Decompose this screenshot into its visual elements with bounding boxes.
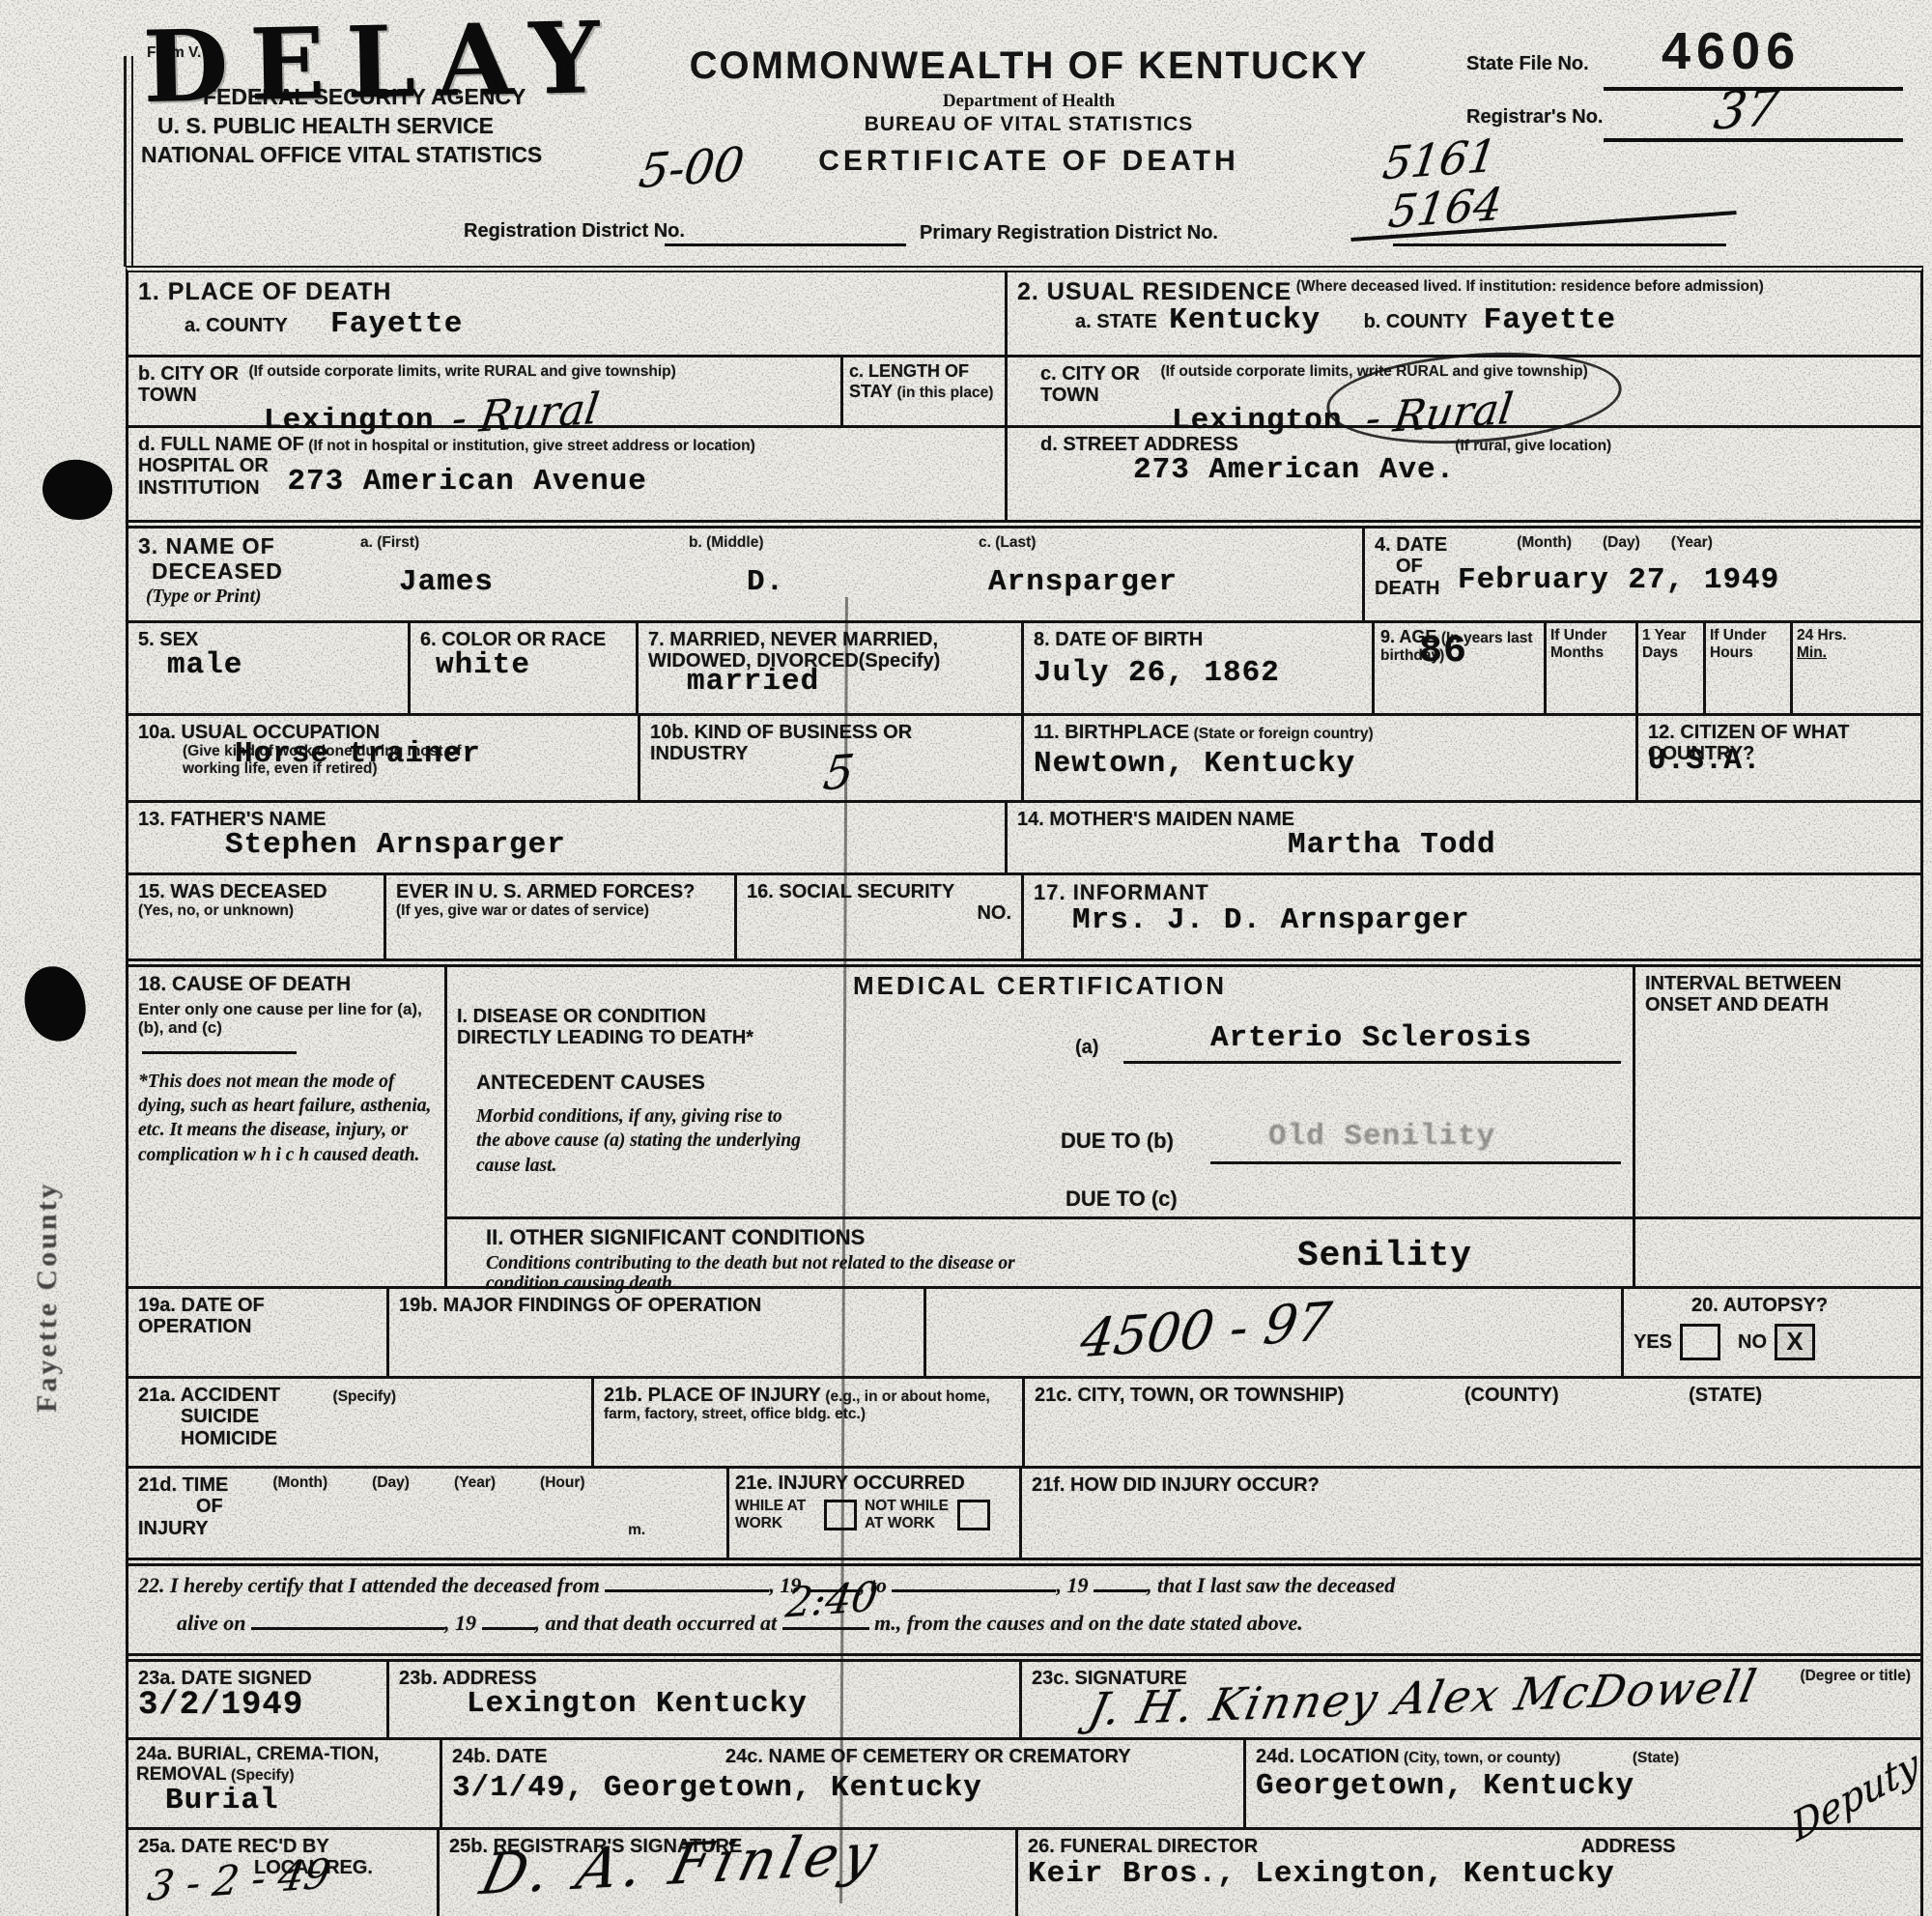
row-signature: 23a. DATE SIGNED 3/2/1949 23b. ADDRESS L… [128, 1659, 1920, 1740]
registrar-no-line [1604, 138, 1903, 142]
field-interval: INTERVAL BETWEEN ONSET AND DEATH [1635, 967, 1920, 1286]
row-sex-age: 5. SEX male 6. COLOR OR RACE white 7. MA… [128, 623, 1920, 716]
field-funeral-director: 26. FUNERAL DIRECTOR ADDRESS Keir Bros.,… [1018, 1830, 1920, 1916]
burial-note: (Specify) [231, 1767, 294, 1784]
min-label-2: Min. [1797, 644, 1917, 662]
autopsy-no-checkbox: X [1775, 1324, 1815, 1360]
date-of-death-label-2: OF [1396, 556, 1458, 577]
certify-blank-1 [605, 1585, 769, 1592]
time-injury-label-2: OF [196, 1496, 223, 1517]
field-informant: 17. INFORMANT Mrs. J. D. Arnsparger [1024, 875, 1920, 958]
middle-name-value: D. [747, 567, 979, 599]
date-year-label: (Year) [1671, 534, 1713, 556]
not-while-label-2: AT WORK [865, 1515, 953, 1532]
field-date-of-death: 4. DATE (Month) (Day) (Year) OF DEATH Fe… [1365, 529, 1920, 620]
state-file-number: 4606 [1662, 25, 1801, 77]
autopsy-no-label: NO [1738, 1331, 1767, 1353]
usual-residence-note: (Where deceased lived. If institution: r… [1296, 278, 1818, 296]
how-injury-label: 21f. HOW DID INJURY OCCUR? [1032, 1474, 1320, 1496]
date-of-death-label-1: 4. DATE [1375, 534, 1447, 556]
burial-date-cemetery-value: 3/1/49, Georgetown, Kentucky [452, 1773, 982, 1805]
father-label: 13. FATHER'S NAME [138, 809, 326, 830]
certify-line2b: , 19 [444, 1611, 476, 1635]
agency-line-3: NATIONAL OFFICE VITAL STATISTICS [141, 143, 542, 168]
ssn-label-2: NO. [977, 902, 1011, 924]
race-label: 6. COLOR OR RACE [420, 629, 606, 650]
autopsy-yes-checkbox [1680, 1324, 1720, 1360]
field-burial-type: 24a. BURIAL, CREMA-TION, REMOVAL (Specif… [128, 1740, 442, 1827]
while-at-work-label-1: WHILE AT [735, 1498, 820, 1515]
injury-day-label: (Day) [372, 1474, 410, 1496]
street-address-label: d. STREET ADDRESS [1040, 434, 1238, 455]
certify-line1d: , 19 [1056, 1573, 1088, 1597]
institution-label-2: HOSPITAL OR INSTITUTION [138, 455, 283, 499]
city-note: (If outside corporate limits, write RURA… [248, 363, 712, 381]
accident-label: 21a. ACCIDENT [138, 1385, 280, 1406]
field-if-under-hours: If Under Hours [1706, 623, 1793, 713]
row-parents: 13. FATHER'S NAME Stephen Arnsparger 14.… [128, 803, 1920, 875]
registration-district-value: 5-00 [637, 141, 747, 195]
ssn-label-1: 16. SOCIAL SECURITY [747, 881, 954, 902]
armed-forces-note: (If yes, give war or dates of service) [396, 902, 724, 920]
header-left-rule [124, 56, 133, 267]
place-of-death-label: 1. PLACE OF DEATH [138, 278, 391, 305]
armed-forces-label: EVER IN U. S. ARMED FORCES? [396, 881, 724, 902]
first-name-value: James [399, 567, 689, 599]
field-length-of-stay: c. LENGTH OF STAY (in this place) [843, 357, 1008, 425]
field-autopsy: 20. AUTOPSY? YES NO X [1624, 1289, 1920, 1376]
cemetery-label: 24c. NAME OF CEMETERY OR CREMATORY [725, 1746, 1131, 1767]
time-injury-label-1: 21d. TIME [138, 1474, 228, 1496]
registration-district-line [665, 243, 906, 246]
row-city: b. CITY OR TOWN (If outside corporate li… [128, 357, 1920, 428]
field-burial-location: 24d. LOCATION (City, town, or county) (S… [1246, 1740, 1920, 1827]
business-hand-value: 5 [821, 748, 857, 797]
mother-value: Martha Todd [1288, 828, 1496, 862]
scanned-death-certificate: { "header": { "form_no": "Form V. S.", "… [0, 0, 1932, 1916]
field-city-of-death: b. CITY OR TOWN (If outside corporate li… [128, 357, 843, 425]
residence-county-label: b. COUNTY [1364, 311, 1468, 332]
county-value: Fayette [330, 307, 463, 341]
name-note: (Type or Print) [146, 585, 360, 609]
residence-state-value: Kentucky [1169, 303, 1321, 337]
residence-city-label: c. CITY OR TOWN [1040, 363, 1156, 407]
mother-label: 14. MOTHER'S MAIDEN NAME [1017, 809, 1294, 830]
registrar-no-value: 37 [1711, 82, 1781, 137]
field-name-of-deceased: 3. NAME OF DECEASED (Type or Print) a. (… [128, 529, 1365, 620]
occupation-value: Horse trainer [235, 737, 481, 771]
antecedent-note: Morbid conditions, if any, giving rise t… [476, 1104, 810, 1178]
field-burial-date-cemetery: 24b. DATE 24c. NAME OF CEMETERY OR CREMA… [442, 1740, 1246, 1827]
field-findings-value: 4500 - 97 [926, 1289, 1624, 1376]
race-value: white [436, 648, 530, 682]
bureau-subtitle: BUREAU OF VITAL STATISTICS [676, 114, 1381, 134]
usual-residence-label: 2. USUAL RESIDENCE [1017, 278, 1292, 305]
marital-value: married [687, 665, 819, 699]
informant-value: Mrs. J. D. Arnsparger [1072, 903, 1470, 937]
field-occupation: 10a. USUAL OCCUPATION (Give kind of work… [128, 716, 640, 800]
field-address-signed: 23b. ADDRESS Lexington Kentucky [389, 1662, 1022, 1737]
death-certificate-form: 1. PLACE OF DEATH a. COUNTY Fayette 2. U… [126, 266, 1923, 1916]
row-accident: 21a. ACCIDENT (Specify) SUICIDE HOMICIDE… [128, 1379, 1920, 1469]
name-label-1: 3. NAME OF [138, 534, 360, 559]
other-conditions-value: Senility [1297, 1238, 1472, 1274]
field-age: 9. AGE (In years last birthday) 86 [1375, 623, 1547, 713]
date-of-death-value: February 27, 1949 [1458, 565, 1779, 599]
state-file-label: State File No. [1466, 53, 1589, 74]
address-signed-label: 23b. ADDRESS [399, 1668, 537, 1689]
row-forces-informant: 15. WAS DECEASED (Yes, no, or unknown) E… [128, 875, 1920, 961]
field-days: 1 Year Days [1638, 623, 1706, 713]
antecedent-label: ANTECEDENT CAUSES [476, 1072, 705, 1095]
sex-label: 5. SEX [138, 629, 198, 650]
cause-note-1: Enter only one cause per line for (a), (… [138, 1000, 435, 1038]
field-time-of-injury: 21d. TIME (Month) (Day) (Year) (Hour) OF… [128, 1469, 729, 1558]
side-county-stamp: Fayette County [33, 1182, 62, 1413]
citizen-value: U.S.A. [1648, 744, 1762, 778]
county-label: a. COUNTY [185, 315, 288, 336]
row-name-date: 3. NAME OF DECEASED (Type or Print) a. (… [128, 526, 1920, 623]
length-of-stay-note: (in this place) [896, 385, 993, 401]
death-time-handwriting: 2:40 [783, 1576, 880, 1623]
primary-district-label: Primary Registration District No. [920, 222, 1218, 243]
field-usual-residence: 2. USUAL RESIDENCE (Where deceased lived… [1008, 272, 1920, 355]
burial-date-label: 24b. DATE [452, 1746, 548, 1767]
birth-value: July 26, 1862 [1034, 658, 1280, 690]
field-certify-statement: 22. I hereby certify that I attended the… [128, 1566, 1920, 1653]
field-residence-city: c. CITY OR TOWN (If outside corporate li… [1008, 357, 1920, 425]
major-findings-label: 19b. MAJOR FINDINGS OF OPERATION [399, 1295, 761, 1316]
funeral-director-value: Keir Bros., Lexington, Kentucky [1028, 1859, 1615, 1891]
burial-location-state-label: (State) [1633, 1750, 1679, 1766]
field-sex: 5. SEX male [128, 623, 411, 713]
field-place-of-injury: 21b. PLACE OF INJURY (e.g., in or about … [594, 1379, 1025, 1466]
field-birthplace: 11. BIRTHPLACE (State or foreign country… [1024, 716, 1638, 800]
days-label-2: Days [1642, 644, 1699, 662]
certify-line2c: , and that death occurred at [535, 1611, 778, 1635]
handwritten-number-5164: 5164 [1386, 182, 1505, 235]
certificate-title: CERTIFICATE OF DEATH [676, 147, 1381, 176]
last-name-label: c. (Last) [979, 534, 1346, 552]
delay-stamp: DELAY [142, 9, 622, 117]
due-to-c-label: DUE TO (c) [1065, 1187, 1178, 1212]
other-conditions-label: II. OTHER SIGNIFICANT CONDITIONS [486, 1226, 865, 1250]
min-label-1: 24 Hrs. [1797, 627, 1917, 644]
date-signed-label: 23a. DATE SIGNED [138, 1668, 312, 1689]
autopsy-yes-label: YES [1634, 1331, 1672, 1353]
field-street-address: d. STREET ADDRESS (If rural, give locati… [1008, 428, 1920, 520]
while-at-work-label-2: WORK [735, 1515, 820, 1532]
date-signed-value: 3/2/1949 [138, 1687, 303, 1724]
field-place-of-death: 1. PLACE OF DEATH a. COUNTY Fayette [128, 272, 1008, 355]
certificate-header: Form V. S. DELAY FEDERAL SECURITY AGENCY… [0, 0, 1932, 266]
burial-location-note: (City, town, or county) [1404, 1750, 1560, 1766]
months-label-2: Months [1550, 644, 1632, 662]
medcert-title: MEDICAL CERTIFICATION [457, 973, 1623, 998]
certify-line2a: alive on [177, 1611, 246, 1635]
certify-line1a: 22. I hereby certify that I attended the… [138, 1573, 600, 1597]
field-date-of-operation: 19a. DATE OF OPERATION [128, 1289, 389, 1376]
institution-value: 273 American Avenue [287, 466, 646, 500]
informant-label: 17. INFORMANT [1034, 880, 1209, 904]
cause-divider-line [142, 1051, 297, 1054]
field-armed-forces: EVER IN U. S. ARMED FORCES? (If yes, giv… [386, 875, 737, 958]
field-ssn: 16. SOCIAL SECURITY NO. [737, 875, 1024, 958]
medcert-horizontal-divider [447, 1216, 1920, 1219]
hours-label-2: Hours [1710, 644, 1786, 662]
cause-a-label: (a) [1075, 1037, 1098, 1058]
row-medical-certification: 18. CAUSE OF DEATH Enter only one cause … [128, 964, 1920, 1289]
field-signature: 23c. SIGNATURE (Degree or title) J. H. K… [1022, 1662, 1920, 1737]
row-time-of-injury: 21d. TIME (Month) (Day) (Year) (Hour) OF… [128, 1469, 1920, 1560]
findings-hand-value: 4500 - 97 [1077, 1296, 1334, 1366]
field-father: 13. FATHER'S NAME Stephen Arnsparger [128, 803, 1008, 872]
burial-location-label: 24d. LOCATION [1256, 1746, 1400, 1767]
date-of-death-label-3: DEATH [1375, 578, 1458, 599]
injury-year-label: (Year) [454, 1474, 496, 1496]
address-signed-value: Lexington Kentucky [467, 1687, 808, 1721]
row-registrar-funeral: 25a. DATE REC'D BY LOCAL REG. 3 - 2 - 49… [128, 1830, 1920, 1916]
field-major-findings: 19b. MAJOR FINDINGS OF OPERATION [389, 1289, 926, 1376]
was-deceased-note: (Yes, no, or unknown) [138, 902, 374, 920]
field-injury-occurred: 21e. INJURY OCCURRED WHILE AT WORK NOT W… [729, 1469, 1022, 1558]
interval-label-1: INTERVAL BETWEEN [1645, 973, 1841, 994]
birth-label: 8. DATE OF BIRTH [1034, 629, 1203, 650]
burial-location-value: Georgetown, Kentucky [1256, 1771, 1634, 1803]
institution-label-1: d. FULL NAME OF [138, 434, 304, 455]
age-value: 86 [1419, 630, 1467, 673]
cause-a-value: Arterio Sclerosis [1210, 1023, 1532, 1055]
homicide-label: HOMICIDE [181, 1428, 277, 1449]
injury-m-label: m. [628, 1522, 645, 1538]
injury-state-label: (STATE) [1689, 1385, 1762, 1406]
autopsy-label: 20. AUTOPSY? [1691, 1295, 1828, 1316]
field-medical-certification: MEDICAL CERTIFICATION I. DISEASE OR COND… [447, 967, 1635, 1286]
certify-blank-3 [892, 1585, 1056, 1592]
cause-label: 18. CAUSE OF DEATH [138, 973, 351, 995]
field-citizen: 12. CITIZEN OF WHAT COUNTRY? U.S.A. [1638, 716, 1920, 800]
disease-label-1: I. DISEASE OR CONDITION [457, 1006, 706, 1027]
middle-name-label: b. (Middle) [689, 534, 979, 552]
degree-title-label: (Degree or title) [1800, 1668, 1911, 1685]
field-date-of-birth: 8. DATE OF BIRTH July 26, 1862 [1024, 623, 1375, 713]
field-cause-of-death: 18. CAUSE OF DEATH Enter only one cause … [128, 967, 447, 1286]
injury-hour-label: (Hour) [540, 1474, 585, 1496]
funeral-address-label: ADDRESS [1581, 1836, 1676, 1857]
cause-note-2: *This does not mean the mode of dying, s… [138, 1070, 435, 1167]
accident-note: (Specify) [333, 1388, 396, 1405]
field-business: 10b. KIND OF BUSINESS OR INDUSTRY 5 [640, 716, 1024, 800]
residence-state-label: a. STATE [1075, 311, 1157, 332]
birthplace-note: (State or foreign country) [1194, 726, 1374, 742]
field-institution: d. FULL NAME OF (If not in hospital or i… [128, 428, 1008, 520]
commonwealth-title: COMMONWEALTH OF KENTUCKY [676, 46, 1381, 85]
funeral-director-label: 26. FUNERAL DIRECTOR [1028, 1836, 1258, 1857]
registrar-no-label: Registrar's No. [1466, 106, 1603, 128]
row-place-residence: 1. PLACE OF DEATH a. COUNTY Fayette 2. U… [128, 272, 1920, 357]
due-to-b-value: Old Senility [1268, 1122, 1495, 1154]
field-how-injury-occurred: 21f. HOW DID INJURY OCCUR? [1022, 1469, 1920, 1558]
date-month-label: (Month) [1517, 534, 1572, 556]
ink-blob-top [37, 453, 117, 527]
field-marital-status: 7. MARRIED, NEVER MARRIED, WIDOWED, DIVO… [639, 623, 1024, 713]
injury-occurred-label: 21e. INJURY OCCURRED [735, 1473, 965, 1494]
certify-blank-5 [251, 1622, 444, 1630]
row-occupation-citizen: 10a. USUAL OCCUPATION (Give kind of work… [128, 716, 1920, 803]
certify-blank-6 [482, 1622, 535, 1630]
not-while-label-1: NOT WHILE [865, 1498, 953, 1515]
primary-district-line [1393, 243, 1726, 246]
city-label: b. CITY OR TOWN [138, 363, 244, 407]
certify-blank-4 [1094, 1585, 1147, 1592]
certify-line2d: m., from the causes and on the date stat… [874, 1611, 1303, 1635]
suicide-label: SUICIDE [181, 1406, 259, 1427]
ink-blob-bottom [20, 962, 90, 1045]
days-label-1: 1 Year [1642, 627, 1699, 644]
interval-label-2: ONSET AND DEATH [1645, 994, 1829, 1015]
due-to-b-line [1210, 1157, 1621, 1164]
residence-county-value: Fayette [1484, 303, 1616, 337]
birthplace-value: Newtown, Kentucky [1034, 749, 1355, 781]
row-institution-street: d. FULL NAME OF (If not in hospital or i… [128, 428, 1920, 523]
row-burial: 24a. BURIAL, CREMA-TION, REMOVAL (Specif… [128, 1740, 1920, 1830]
department-subtitle: Department of Health [676, 92, 1381, 110]
injury-city-label: 21c. CITY, TOWN, OR TOWNSHIP) [1035, 1385, 1344, 1406]
injury-county-label: (COUNTY) [1464, 1385, 1559, 1406]
date-received-value: 3 - 2 - 49 [145, 1853, 332, 1907]
registration-district-label: Registration District No. [464, 220, 685, 242]
field-was-deceased: 15. WAS DECEASED (Yes, no, or unknown) [128, 875, 386, 958]
field-race: 6. COLOR OR RACE white [411, 623, 639, 713]
due-to-b-label: DUE TO (b) [1061, 1130, 1174, 1154]
institution-note: (If not in hospital or institution, give… [308, 438, 754, 454]
field-injury-city: 21c. CITY, TOWN, OR TOWNSHIP) (COUNTY) (… [1025, 1379, 1920, 1466]
sex-value: male [167, 648, 242, 682]
time-injury-label-3: INJURY [138, 1518, 209, 1539]
handwritten-number-5161: 5161 [1380, 133, 1499, 186]
field-mother: 14. MOTHER'S MAIDEN NAME Martha Todd [1008, 803, 1920, 872]
injury-month-label: (Month) [272, 1474, 327, 1496]
field-if-under-months: If Under Months [1547, 623, 1638, 713]
birthplace-label: 11. BIRTHPLACE [1034, 722, 1189, 743]
certify-time-blank: 2:40 [782, 1622, 869, 1630]
first-name-label: a. (First) [360, 534, 689, 552]
cause-a-line [1123, 1056, 1621, 1064]
name-label-2: DECEASED [152, 559, 360, 585]
row-operation-autopsy: 19a. DATE OF OPERATION 19b. MAJOR FINDIN… [128, 1289, 1920, 1379]
was-deceased-label: 15. WAS DECEASED [138, 881, 374, 902]
street-address-note: (If rural, give location) [1455, 438, 1611, 454]
field-date-received: 25a. DATE REC'D BY LOCAL REG. 3 - 2 - 49 [128, 1830, 440, 1916]
row-certify-statement: 22. I hereby certify that I attended the… [128, 1563, 1920, 1656]
operation-date-label: 19a. DATE OF OPERATION [138, 1295, 265, 1337]
field-24hrs-min: 24 Hrs. Min. [1793, 623, 1920, 713]
hours-label-1: If Under [1710, 627, 1786, 644]
date-day-label: (Day) [1603, 534, 1640, 556]
street-address-value: 273 American Ave. [1133, 453, 1455, 487]
burial-value: Burial [165, 1784, 279, 1817]
field-accident-suicide-homicide: 21a. ACCIDENT (Specify) SUICIDE HOMICIDE [128, 1379, 594, 1466]
residence-city-note: (If outside corporate limits, write RURA… [1160, 363, 1740, 381]
field-registrar-signature: 25b. REGISTRAR'S SIGNATURE D. A. Finley [440, 1830, 1018, 1916]
disease-label-2: DIRECTLY LEADING TO DEATH* [457, 1027, 753, 1048]
father-value: Stephen Arnsparger [225, 828, 566, 862]
place-of-injury-label: 21b. PLACE OF INJURY [604, 1385, 821, 1406]
last-name-value: Arnsparger [988, 567, 1346, 599]
months-label-1: If Under [1550, 627, 1632, 644]
field-date-signed: 23a. DATE SIGNED 3/2/1949 [128, 1662, 389, 1737]
not-while-checkbox [957, 1500, 990, 1530]
certify-line1e: , that I last saw the deceased [1147, 1573, 1395, 1597]
